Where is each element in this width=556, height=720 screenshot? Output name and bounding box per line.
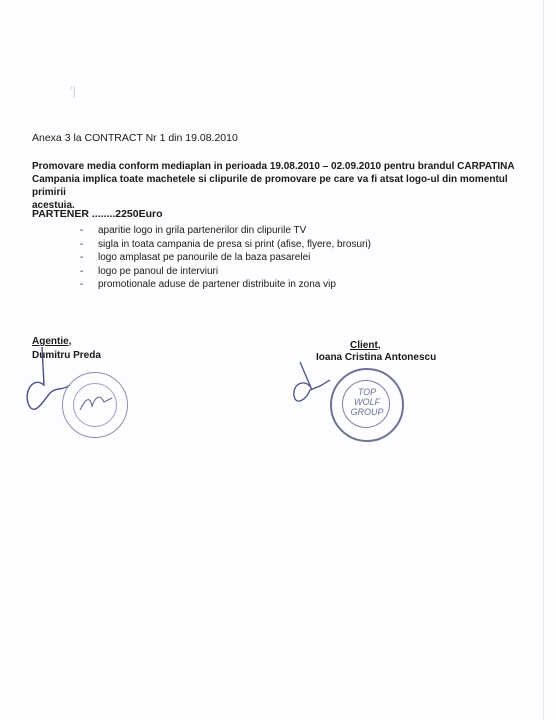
document-heading: Anexa 3 la CONTRACT Nr 1 din 19.08.2010 [32, 132, 238, 144]
intro-line: Campania implica toate machetele si clip… [32, 173, 537, 199]
scan-artifact: ’| [70, 84, 76, 98]
intro-line: Promovare media conform mediaplan in per… [32, 160, 537, 173]
list-item: logo pe panoul de interviuri [80, 265, 371, 279]
agency-stamp-signature [78, 392, 118, 412]
stamp-word: GROUP [332, 407, 402, 417]
partner-tier: PARTENER ........2250Euro [32, 208, 163, 220]
stamp-word: WOLF [332, 397, 402, 407]
client-label: Client, [350, 340, 381, 351]
page-edge [543, 0, 544, 720]
list-item: logo amplasat pe panourile de la baza pa… [80, 251, 371, 265]
list-item: sigla in toata campania de presa si prin… [80, 238, 371, 252]
intro-paragraph: Promovare media conform mediaplan in per… [32, 160, 537, 212]
client-stamp: TOP WOLF GROUP [330, 368, 404, 442]
list-item: aparitie logo in grila partenerilor din … [80, 224, 371, 238]
stamp-word: TOP [332, 387, 402, 397]
client-stamp-center: TOP WOLF GROUP [332, 387, 402, 417]
list-item: promotionale aduse de partener distribui… [80, 278, 371, 292]
benefits-list: aparitie logo in grila partenerilor din … [80, 224, 371, 292]
